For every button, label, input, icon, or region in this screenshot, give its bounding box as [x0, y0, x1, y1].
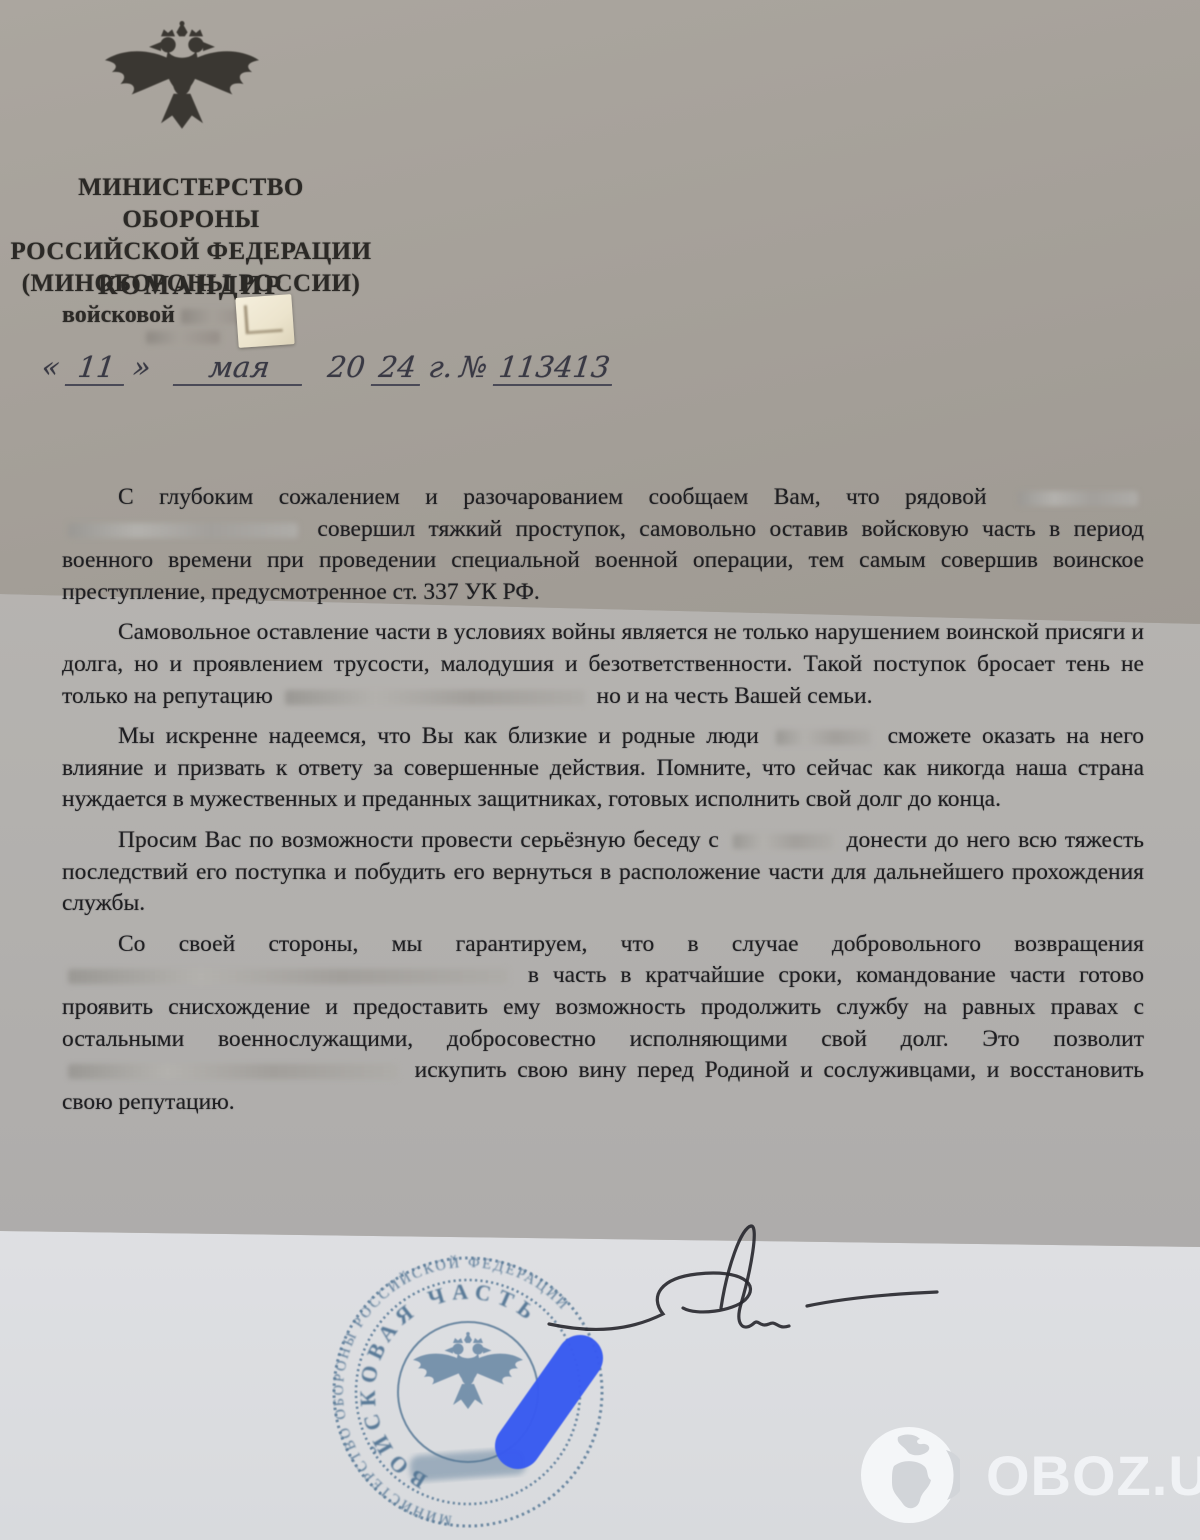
body-text: Просим Вас по возможности провести серьё…	[118, 827, 727, 853]
close-quote: »	[131, 350, 153, 384]
redaction-blur	[146, 331, 220, 344]
redaction-blur	[776, 730, 871, 745]
org-line: МИНИСТЕРСТВО ОБОРОНЫ	[8, 172, 374, 236]
redaction-blur	[285, 690, 585, 705]
date-month: мая	[173, 350, 306, 386]
body-paragraph: Просим Вас по возможности провести серьё…	[62, 825, 1144, 920]
redaction-blur	[68, 969, 508, 984]
body-paragraph: Самовольное оставление части в условиях …	[62, 617, 1144, 712]
unit-label: войсковой	[62, 302, 175, 328]
redaction-blur	[68, 523, 298, 538]
redaction-blur	[733, 834, 833, 849]
body-paragraph: Со своей стороны, мы гарантируем, что в …	[62, 929, 1144, 1119]
letter-photo: МИНИСТЕРСТВО ОБОРОНЫ РОССИЙСКОЙ ФЕДЕРАЦИ…	[0, 0, 1200, 1540]
watermark: OBOZ.UA	[858, 1424, 1200, 1526]
date-century: 20	[326, 350, 367, 384]
body-text: Мы искренне надеемся, что Вы как близкие…	[118, 723, 770, 749]
date-year: 24	[370, 350, 423, 386]
body-text: но и на честь Вашей семьи.	[597, 683, 873, 709]
date-year-word: г.	[427, 350, 455, 384]
sticker-redaction	[235, 294, 294, 348]
globe-icon	[858, 1424, 960, 1526]
body-text: С глубоким сожалением и разочарованием с…	[118, 484, 1012, 510]
body-text: Со своей стороны, мы гарантируем, что в …	[118, 931, 1144, 957]
military-unit-line: войсковой	[62, 302, 257, 329]
mod-double-eagle-emblem-icon	[98, 20, 266, 162]
outgoing-number: 113413	[492, 350, 615, 386]
sticker-mark	[244, 303, 283, 335]
body-paragraph: С глубоким сожалением и разочарованием с…	[62, 482, 1144, 608]
date-day: 11	[65, 350, 128, 386]
org-line: РОССИЙСКОЙ ФЕДЕРАЦИИ	[8, 236, 374, 268]
redaction-blur	[68, 1064, 398, 1079]
body-paragraph: Мы искренне надеемся, что Вы как близкие…	[62, 721, 1144, 816]
date-line: « 11 » мая 20 24 г. № 113413	[42, 350, 502, 386]
commander-title: КОМАНДИР	[8, 270, 374, 301]
stamp-eagle-icon	[413, 1332, 523, 1409]
redaction-blur	[1018, 491, 1138, 506]
blue-marker-redaction	[518, 1358, 580, 1446]
letter-body: С глубоким сожалением и разочарованием с…	[62, 482, 1144, 1127]
open-quote: «	[40, 350, 62, 384]
number-sign: №	[458, 350, 490, 384]
watermark-label: OBOZ.UA	[986, 1443, 1200, 1508]
commander-signature	[545, 1212, 1015, 1342]
